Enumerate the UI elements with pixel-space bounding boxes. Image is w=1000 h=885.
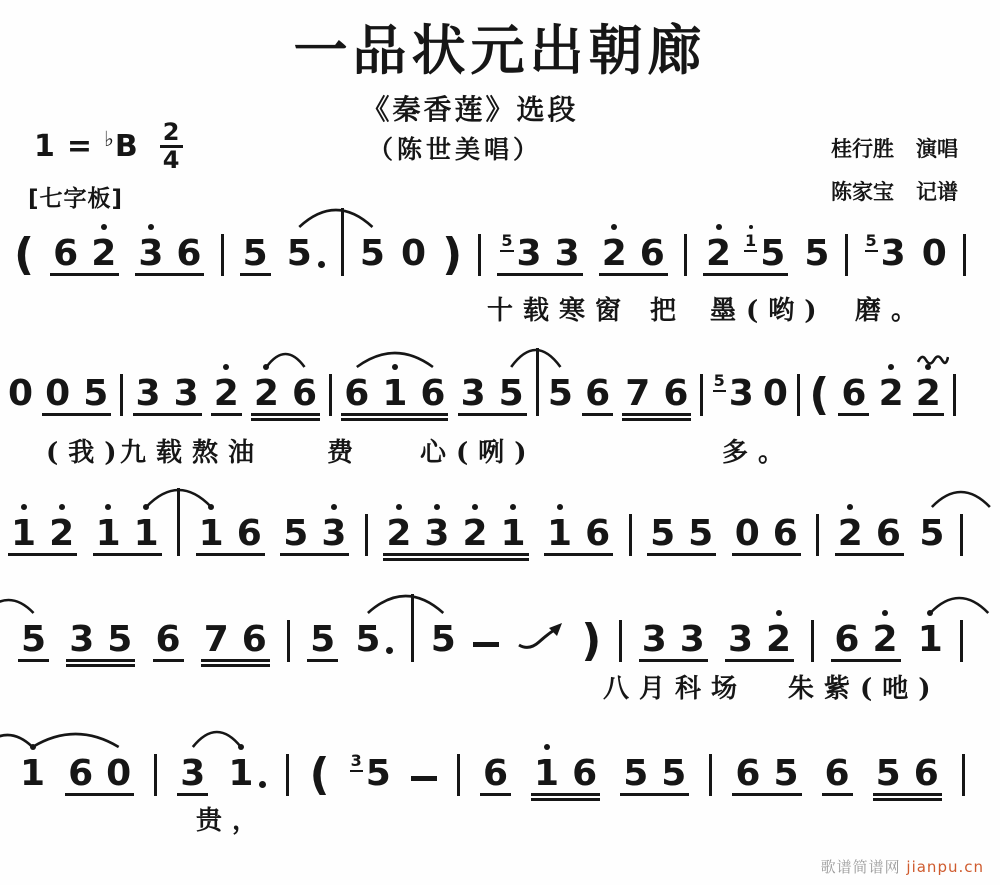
note-digit: 2 [766, 622, 791, 658]
note-digit: 5 [804, 236, 829, 272]
note-digit: 1 [199, 516, 224, 552]
note: 2 [838, 516, 863, 552]
note-digit: 0 [401, 236, 426, 272]
note: 0 [8, 376, 33, 412]
note-digit: 3 [69, 622, 94, 658]
note-digit: 5 [688, 516, 713, 552]
note: 5 [243, 236, 268, 272]
beam-group: 55 [620, 756, 689, 792]
note: 1 [11, 516, 36, 552]
note-digit: 0 [45, 376, 70, 412]
beam-group: 5 [18, 622, 49, 658]
grace-note: 5 [865, 233, 878, 252]
note: 3 [680, 622, 705, 658]
note-digit: 5 [366, 756, 391, 792]
note-digit: 2 [916, 376, 941, 412]
note: 35 [350, 756, 391, 792]
note: 1 [199, 516, 224, 552]
slur-layer [20, 705, 965, 751]
music-line-4: 535676555)3332621 [18, 585, 963, 667]
lyric: 九载熬油 [120, 432, 264, 469]
note-digit: 6 [68, 756, 93, 792]
lyric: 心(咧) [420, 432, 537, 469]
note: 7 [625, 376, 650, 412]
ties-and-slurs [0, 732, 241, 747]
beam-group: 215 [703, 236, 788, 272]
grace-note: 3 [350, 753, 363, 772]
note-digit: 5 [243, 236, 268, 272]
barline-tall [341, 208, 344, 276]
parenthesis: ( [310, 753, 330, 797]
note: 6 [53, 236, 78, 272]
note-digit: 0 [763, 376, 788, 412]
note-digit: 6 [876, 516, 901, 552]
note-digit: 2 [254, 376, 279, 412]
note: 6 [876, 516, 901, 552]
note-digit: 1 [20, 756, 45, 792]
note: 5 [283, 516, 308, 552]
note-digit: 6 [156, 622, 181, 658]
note-digit: 6 [663, 376, 688, 412]
lyric: 多。 [722, 432, 794, 469]
note-digit: 5 [431, 622, 456, 658]
note: 6 [420, 376, 445, 412]
note: 6 [773, 516, 798, 552]
lyric: (我) [46, 432, 127, 469]
note: 5 [688, 516, 713, 552]
note: 1 [228, 756, 266, 792]
note: 53 [865, 236, 906, 272]
barline [960, 514, 963, 556]
grace-note: 1 [744, 233, 757, 252]
note-digit: 6 [53, 236, 78, 272]
note: 6 [344, 376, 369, 412]
note: 5 [360, 236, 385, 272]
note: 0 [763, 376, 788, 412]
barline [619, 620, 622, 662]
barline-tall [411, 594, 414, 662]
note-digit: 6 [735, 756, 760, 792]
note-digit: 3 [555, 236, 580, 272]
beam-group: 2 [211, 376, 242, 412]
beam-group: 36 [135, 236, 204, 272]
barline-tall [177, 488, 180, 556]
key-signature: 1 = ♭B 2 4 [34, 120, 183, 173]
note: 1 [534, 756, 559, 792]
lyric: 八月科场 [603, 668, 747, 705]
beam-group: 26 [251, 376, 320, 412]
note-digit: 2 [879, 376, 904, 412]
note: 6 [176, 236, 201, 272]
note: 0 [45, 376, 70, 412]
beam-group: 16 [531, 756, 600, 792]
note-digit: 5 [623, 756, 648, 792]
barline [478, 234, 481, 276]
beam-group: 62 [831, 622, 900, 658]
note-digit: 6 [344, 376, 369, 412]
barline [286, 754, 289, 796]
note: 5 [83, 376, 108, 412]
beam-group: 6 [822, 756, 853, 792]
beam-group: 5 [240, 236, 271, 272]
barline [154, 754, 157, 796]
note-digit: 6 [640, 236, 665, 272]
note: 2 [879, 376, 904, 412]
parenthesis: ) [581, 619, 601, 663]
beam-group: 65 [732, 756, 801, 792]
parenthesis: ( [809, 373, 829, 417]
barline [684, 234, 687, 276]
note-digit: 6 [572, 756, 597, 792]
music-line-5: 16031(356165565656 [20, 719, 965, 801]
note: 15 [744, 236, 785, 272]
barline-tall [536, 348, 539, 416]
note-digit: 1 [382, 376, 407, 412]
beam-group: 06 [732, 516, 801, 552]
sheet-music-page: { "header": { "title": "一品状元出朝廊", "subti… [0, 0, 1000, 885]
glissando-up-icon [516, 621, 564, 655]
meter-numerator: 2 [160, 120, 183, 148]
note-digit: 0 [922, 236, 947, 272]
note-digit: 3 [174, 376, 199, 412]
note-digit: 5 [355, 622, 380, 658]
note-digit: 5 [107, 622, 132, 658]
note-digit: 1 [534, 756, 559, 792]
barline [700, 374, 703, 416]
note-digit: 3 [138, 236, 163, 272]
watermark: 歌谱简谱网 jianpu.cn [821, 856, 984, 877]
beam-group: 2321 [383, 516, 528, 552]
barline [797, 374, 800, 416]
note: 6 [825, 756, 850, 792]
note: 5 [623, 756, 648, 792]
note-digit: 3 [881, 236, 906, 272]
note-digit: 6 [237, 516, 262, 552]
note-digit: 1 [11, 516, 36, 552]
note-digit: 5 [548, 376, 573, 412]
note-digit: 1 [918, 622, 943, 658]
beam-group: 76 [201, 622, 270, 658]
note: 6 [640, 236, 665, 272]
note: 3 [461, 376, 486, 412]
beam-group: 53 [280, 516, 349, 552]
flat-icon: ♭ [104, 127, 114, 151]
note-digit: 5 [919, 516, 944, 552]
augmentation-dot [386, 647, 393, 654]
note-digit: 6 [242, 622, 267, 658]
barline [845, 234, 848, 276]
note-digit: 5 [876, 756, 901, 792]
note-digit: 3 [642, 622, 667, 658]
barline [287, 620, 290, 662]
note: 5 [919, 516, 944, 552]
music-line-3: 121116532321165506265 [8, 479, 963, 561]
note: 3 [642, 622, 667, 658]
note: 5 [499, 376, 524, 412]
trill-icon [917, 350, 949, 369]
beam-group: 32 [725, 622, 794, 658]
key-pitch: ♭B [104, 129, 138, 164]
note-row: 535676555)3332621 [18, 594, 963, 667]
watermark-site: 歌谱简谱网 [821, 858, 907, 876]
note: 2 [462, 516, 487, 552]
note: 5 [107, 622, 132, 658]
note-digit: 5 [360, 236, 385, 272]
note: 0 [106, 756, 131, 792]
note: 5 [310, 622, 335, 658]
note: 2 [49, 516, 74, 552]
note-digit: 2 [872, 622, 897, 658]
note-digit: 3 [680, 622, 705, 658]
note: 1 [134, 516, 159, 552]
dash-note [473, 642, 499, 647]
note-digit: 5 [310, 622, 335, 658]
note: 1 [918, 622, 943, 658]
beam-group: 16 [196, 516, 265, 552]
page-title: 一品状元出朝廊 [0, 8, 1000, 85]
note-digit: 6 [585, 516, 610, 552]
beam-group: 35 [458, 376, 527, 412]
note-digit: 5 [287, 236, 312, 272]
note-digit: 6 [834, 622, 859, 658]
beam-group: 26 [835, 516, 904, 552]
note: 3 [728, 622, 753, 658]
note-digit: 5 [773, 756, 798, 792]
note-digit: 6 [420, 376, 445, 412]
note: 6 [585, 516, 610, 552]
note-digit: 5 [661, 756, 686, 792]
note: 1 [20, 756, 45, 792]
beam-group: 6 [153, 622, 184, 658]
performer-name: 桂行胜 [831, 133, 894, 163]
note: 3 [69, 622, 94, 658]
lyric: 朱紫(吔) [788, 668, 941, 705]
note-digit: 6 [585, 376, 610, 412]
note: 3 [136, 376, 161, 412]
note-digit: 0 [106, 756, 131, 792]
time-signature: 2 4 [160, 120, 183, 173]
music-line-1: (62365550)533262155530 [14, 199, 966, 281]
barline [960, 620, 963, 662]
note: 2 [254, 376, 279, 412]
note: 3 [424, 516, 449, 552]
key-letter: B [115, 129, 138, 164]
note: 3 [321, 516, 346, 552]
note: 6 [841, 376, 866, 412]
note-digit: 3 [729, 376, 754, 412]
note-row: 121116532321165506265 [8, 488, 963, 561]
beam-group: 33 [639, 622, 708, 658]
beam-group: 6 [582, 376, 613, 412]
watermark-url: jianpu.cn [906, 858, 984, 876]
equals-sign: = [67, 129, 92, 164]
note-digit: 2 [214, 376, 239, 412]
lyric: 磨。 [855, 290, 927, 327]
note-digit: 2 [706, 236, 731, 272]
lyric: 把 [650, 290, 686, 327]
note-digit: 6 [914, 756, 939, 792]
beam-group: 26 [599, 236, 668, 272]
beam-group: 533 [497, 236, 582, 272]
note: 2 [872, 622, 897, 658]
meter-denominator: 4 [163, 148, 180, 173]
lyric: 十载寒窗 [487, 290, 631, 327]
note: 5 [876, 756, 901, 792]
beam-group: 55 [647, 516, 716, 552]
note: 0 [735, 516, 760, 552]
beam-group: 05 [42, 376, 111, 412]
note: 6 [242, 622, 267, 658]
note: 7 [204, 622, 229, 658]
note: 5 [287, 236, 325, 272]
note: 6 [156, 622, 181, 658]
beam-group: 33 [133, 376, 202, 412]
beam-group: 60 [65, 756, 134, 792]
barline [709, 754, 712, 796]
note-digit: 6 [773, 516, 798, 552]
note: 2 [766, 622, 791, 658]
note: 6 [292, 376, 317, 412]
key-tonic: 1 [34, 129, 55, 164]
note: 5 [548, 376, 573, 412]
parenthesis: ( [14, 233, 34, 277]
lyric: 费 [327, 432, 363, 469]
beam-group: 62 [50, 236, 119, 272]
beam-group: 16 [544, 516, 613, 552]
dash-note [411, 776, 437, 781]
barline [811, 620, 814, 662]
beam-group: 616 [341, 376, 448, 412]
note-digit: 6 [483, 756, 508, 792]
note-digit: 3 [321, 516, 346, 552]
note-digit: 1 [96, 516, 121, 552]
note-digit: 1 [501, 516, 526, 552]
beam-group: 6 [480, 756, 511, 792]
beam-group: 5 [307, 622, 338, 658]
note-digit: 1 [228, 756, 253, 792]
note: 5 [661, 756, 686, 792]
note: 5 [21, 622, 46, 658]
note: 6 [68, 756, 93, 792]
note-digit: 3 [461, 376, 486, 412]
note-digit: 1 [134, 516, 159, 552]
note-digit: 5 [283, 516, 308, 552]
barline [962, 754, 965, 796]
lyric: 墨(哟) [710, 290, 827, 327]
barline [629, 514, 632, 556]
credit-performer: 桂行胜 演唱 [831, 133, 958, 163]
note-digit: 5 [21, 622, 46, 658]
note-digit: 5 [760, 236, 785, 272]
note-digit: 2 [386, 516, 411, 552]
note: 5 [355, 622, 393, 658]
note-digit: 7 [625, 376, 650, 412]
beam-group: 6 [838, 376, 869, 412]
note-digit: 1 [547, 516, 572, 552]
note-digit: 2 [49, 516, 74, 552]
note-digit: 6 [825, 756, 850, 792]
note: 3 [138, 236, 163, 272]
note: 6 [834, 622, 859, 658]
note: 2 [91, 236, 116, 272]
note: 5 [650, 516, 675, 552]
note-digit: 3 [517, 236, 542, 272]
barline [816, 514, 819, 556]
barline [329, 374, 332, 416]
beam-group: 76 [622, 376, 691, 412]
note-digit: 3 [728, 622, 753, 658]
note: 53 [500, 236, 541, 272]
note-digit: 6 [292, 376, 317, 412]
note: 0 [401, 236, 426, 272]
note: 1 [547, 516, 572, 552]
note-digit: 3 [136, 376, 161, 412]
note-digit: 7 [204, 622, 229, 658]
note: 6 [663, 376, 688, 412]
note: 6 [572, 756, 597, 792]
lyric: 贵， [196, 800, 268, 837]
note: 2 [386, 516, 411, 552]
note-row: 16031(356165565656 [20, 753, 965, 801]
barline [221, 234, 224, 276]
note: 1 [501, 516, 526, 552]
note: 6 [585, 376, 610, 412]
note: 3 [180, 756, 205, 792]
note-digit: 2 [602, 236, 627, 272]
beam-group: 3 [177, 756, 208, 792]
parenthesis: ) [442, 233, 462, 277]
note: 6 [483, 756, 508, 792]
note: 2 [214, 376, 239, 412]
note-digit: 5 [499, 376, 524, 412]
note-digit: 2 [91, 236, 116, 272]
note: 5 [773, 756, 798, 792]
note-digit: 5 [650, 516, 675, 552]
music-line-2: 00533226616355676530(622 [8, 339, 956, 421]
note: 2 [706, 236, 731, 272]
note: 2 [602, 236, 627, 272]
grace-note: 5 [500, 233, 513, 252]
augmentation-dot [259, 781, 266, 788]
note: 3 [555, 236, 580, 272]
note: 5 [431, 622, 456, 658]
note: 1 [96, 516, 121, 552]
beam-group: 35 [66, 622, 135, 658]
performer-role: 演唱 [916, 133, 958, 163]
barline [953, 374, 956, 416]
barline [457, 754, 460, 796]
barline [963, 234, 966, 276]
note: 0 [922, 236, 947, 272]
barline [120, 374, 123, 416]
beam-group: 2 [913, 376, 944, 412]
note-digit: 6 [841, 376, 866, 412]
note: 2 [916, 376, 941, 412]
barline [365, 514, 368, 556]
note-digit: 0 [8, 376, 33, 412]
note-digit: 5 [83, 376, 108, 412]
note: 3 [174, 376, 199, 412]
beam-group: 12 [8, 516, 77, 552]
note-digit: 2 [462, 516, 487, 552]
note: 5 [804, 236, 829, 272]
note-row: (62365550)533262155530 [14, 208, 966, 281]
note: 6 [735, 756, 760, 792]
note-digit: 3 [424, 516, 449, 552]
note-digit: 3 [180, 756, 205, 792]
augmentation-dot [318, 261, 325, 268]
note: 6 [914, 756, 939, 792]
